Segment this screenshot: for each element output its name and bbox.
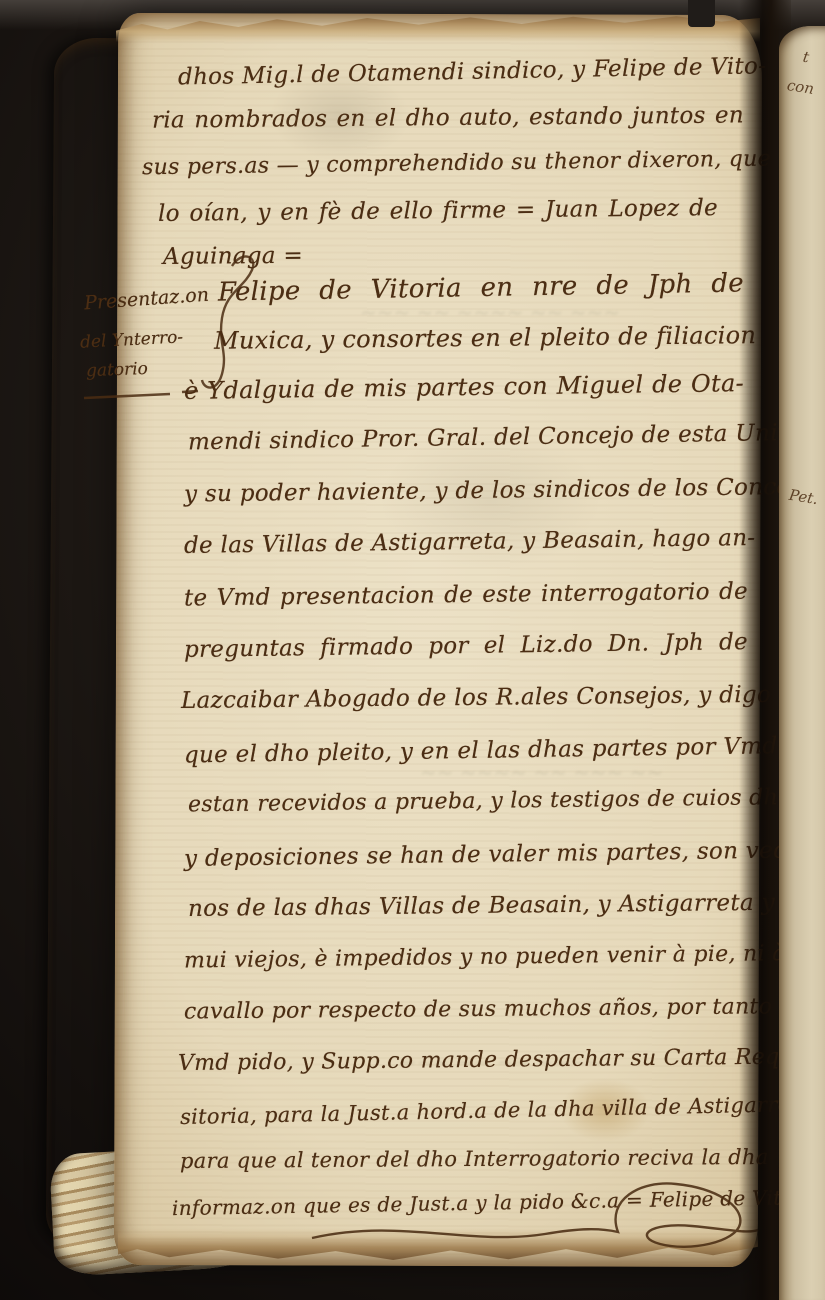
manuscript-line: Aguinaga =	[163, 243, 383, 270]
manuscript-line: para que al tenor del dho Interrogatorio…	[180, 1146, 750, 1173]
manuscript-line: ria nombrados en el dho auto, estando ju…	[152, 103, 744, 133]
facing-page-fragment: con	[786, 76, 816, 98]
facing-page-fragment: Pet.	[788, 486, 820, 508]
manuscript-line: Muxica, y consortes en el pleito de fili…	[214, 322, 744, 354]
manuscript-photo: ~~~ ~~ ~~~~ ~~ ~~~ ~~ ~~~~ ~~ ~~~ ~~ ~~~…	[0, 0, 825, 1300]
margin-note-line: gatorio	[86, 359, 149, 381]
book-press-bar	[688, 0, 715, 27]
manuscript-line: cavallo por respecto de sus muchos años,…	[184, 996, 752, 1025]
facing-page-sliver: t con Pet.	[779, 26, 825, 1300]
facing-page-fragment: t	[802, 48, 811, 67]
